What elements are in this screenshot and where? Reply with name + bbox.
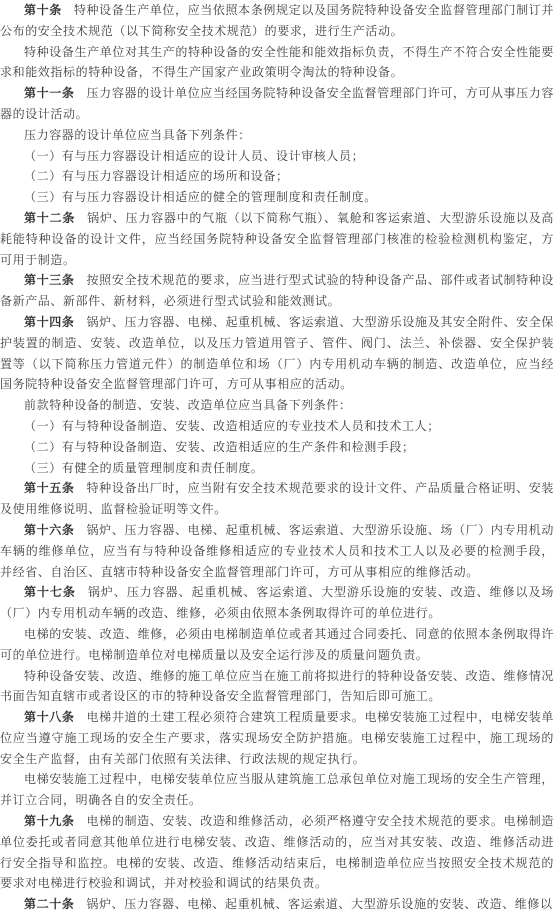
paragraph: 第十条特种设备生产单位，应当依照本条例规定以及国务院特种设备安全监督管理部门制订… — [0, 0, 554, 42]
paragraph: 特种设备生产单位对其生产的特种设备的安全性能和能效指标负责，不得生产不符合安全性… — [0, 42, 554, 84]
paragraph: 前款特种设备的制造、安装、改造单位应当具备下列条件： — [0, 395, 554, 416]
article-number-label: 第十八条 — [24, 710, 75, 724]
paragraph: 电梯安装施工过程中，电梯安装单位应当服从建筑施工总承包单位对施工现场的安全生产管… — [0, 769, 554, 811]
paragraph: （三）有健全的质量管理制度和责任制度。 — [0, 458, 554, 479]
paragraph: 电梯的安装、改造、维修，必须由电梯制造单位或者其通过合同委托、同意的依照本条例取… — [0, 624, 554, 666]
paragraph-text: 锅炉、压力容器、电梯、起重机械、客运索道、大型游乐设施及其安全附件、安全保护装置… — [0, 315, 554, 391]
regulation-document-page: 第十条特种设备生产单位，应当依照本条例规定以及国务院特种设备安全监督管理部门制订… — [0, 0, 554, 915]
article-number-label: 第十一条 — [24, 86, 75, 100]
article-number-label: 第十六条 — [24, 523, 75, 537]
article-number-label: 第十九条 — [24, 814, 75, 828]
paragraph-text: （三）有与压力容器设计相适应的健全的管理制度和责任制度。 — [24, 190, 377, 204]
paragraph-text: （二）有与压力容器设计相适应的场所和设备； — [24, 169, 289, 183]
paragraph-text: （二）有与特种设备制造、安装、改造相适应的生产条件和检测手段； — [24, 440, 415, 454]
paragraph: （二）有与特种设备制造、安装、改造相适应的生产条件和检测手段； — [0, 437, 554, 458]
paragraph: 第十三条按照安全技术规范的要求，应当进行型式试验的特种设备产品、部件或者试制特种… — [0, 270, 554, 312]
paragraph-text: （一）有与特种设备制造、安装、改造相适应的专业技术人员和技术工人； — [24, 419, 440, 433]
article-number-label: 第十二条 — [24, 211, 75, 225]
paragraph: 第十二条锅炉、压力容器中的气瓶（以下简称气瓶）、氧舱和客运索道、大型游乐设施以及… — [0, 208, 554, 270]
paragraph: 第十四条锅炉、压力容器、电梯、起重机械、客运索道、大型游乐设施及其安全附件、安全… — [0, 312, 554, 395]
paragraph-text: 特种设备出厂时，应当附有安全技术规范要求的设计文件、产品质量合格证明、安装及使用… — [0, 481, 554, 516]
article-number-label: 第十七条 — [24, 585, 76, 599]
paragraph-text: 锅炉、压力容器、起重机械、客运索道、大型游乐设施的安装、改造、维修以及场（厂）内… — [0, 585, 554, 620]
paragraph-list: 第十条特种设备生产单位，应当依照本条例规定以及国务院特种设备安全监督管理部门制订… — [0, 0, 554, 915]
paragraph-text: （三）有健全的质量管理制度和责任制度。 — [24, 461, 263, 475]
paragraph: 第十九条电梯的制造、安装、改造和维修活动，必须严格遵守安全技术规范的要求。电梯制… — [0, 811, 554, 894]
paragraph: （一）有与压力容器设计相适应的设计人员、设计审核人员； — [0, 146, 554, 167]
paragraph: （二）有与压力容器设计相适应的场所和设备； — [0, 166, 554, 187]
paragraph-text: （一）有与压力容器设计相适应的设计人员、设计审核人员； — [24, 149, 364, 163]
paragraph-text: 锅炉、压力容器、电梯、起重机械、客运索道、大型游乐设施、场（厂）内专用机动车辆的… — [0, 523, 554, 579]
paragraph-text: 电梯的制造、安装、改造和维修活动，必须严格遵守安全技术规范的要求。电梯制造单位委… — [0, 814, 554, 890]
paragraph-text: 电梯的安装、改造、维修，必须由电梯制造单位或者其通过合同委托、同意的依照本条例取… — [0, 627, 554, 662]
article-number-label: 第十条 — [24, 3, 62, 17]
paragraph: 第二十条锅炉、压力容器、电梯、起重机械、客运索道、大型游乐设施的安装、改造、维修… — [0, 894, 554, 915]
paragraph-text: 前款特种设备的制造、安装、改造单位应当具备下列条件： — [24, 398, 352, 412]
paragraph: 第十一条压力容器的设计单位应当经国务院特种设备安全监督管理部门许可，方可从事压力… — [0, 83, 554, 125]
paragraph-text: 特种设备生产单位对其生产的特种设备的安全性能和能效指标负责，不得生产不符合安全性… — [0, 45, 554, 80]
paragraph: 第十八条电梯井道的土建工程必须符合建筑工程质量要求。电梯安装施工过程中，电梯安装… — [0, 707, 554, 769]
paragraph: （三）有与压力容器设计相适应的健全的管理制度和责任制度。 — [0, 187, 554, 208]
article-number-label: 第二十条 — [24, 897, 74, 911]
paragraph-text: 压力容器的设计单位应当具备下列条件： — [24, 128, 251, 142]
paragraph-text: 电梯安装施工过程中，电梯安装单位应当服从建筑施工总承包单位对施工现场的安全生产管… — [0, 772, 554, 807]
paragraph-text: 锅炉、压力容器、电梯、起重机械、客运索道、大型游乐设施的安装、改造、维修以 — [86, 897, 552, 911]
paragraph-text: 按照安全技术规范的要求，应当进行型式试验的特种设备产品、部件或者试制特种设备新产… — [0, 273, 554, 308]
paragraph: 第十七条锅炉、压力容器、起重机械、客运索道、大型游乐设施的安装、改造、维修以及场… — [0, 582, 554, 624]
article-number-label: 第十三条 — [24, 273, 75, 287]
paragraph-text: 电梯井道的土建工程必须符合建筑工程质量要求。电梯安装施工过程中，电梯安装单位应当… — [0, 710, 554, 766]
article-number-label: 第十四条 — [24, 315, 75, 329]
paragraph-text: 特种设备安装、改造、维修的施工单位应当在施工前将拟进行的特种设备安装、改造、维修… — [0, 669, 554, 704]
paragraph-text: 特种设备生产单位，应当依照本条例规定以及国务院特种设备安全监督管理部门制订并公布… — [0, 3, 554, 38]
paragraph: 第十六条锅炉、压力容器、电梯、起重机械、客运索道、大型游乐设施、场（厂）内专用机… — [0, 520, 554, 582]
paragraph: 压力容器的设计单位应当具备下列条件： — [0, 125, 554, 146]
paragraph-text: 锅炉、压力容器中的气瓶（以下简称气瓶）、氧舱和客运索道、大型游乐设施以及高耗能特… — [0, 211, 554, 267]
article-number-label: 第十五条 — [24, 481, 75, 495]
paragraph: 第十五条特种设备出厂时，应当附有安全技术规范要求的设计文件、产品质量合格证明、安… — [0, 478, 554, 520]
paragraph: （一）有与特种设备制造、安装、改造相适应的专业技术人员和技术工人； — [0, 416, 554, 437]
paragraph: 特种设备安装、改造、维修的施工单位应当在施工前将拟进行的特种设备安装、改造、维修… — [0, 666, 554, 708]
paragraph-text: 压力容器的设计单位应当经国务院特种设备安全监督管理部门许可，方可从事压力容器的设… — [0, 86, 554, 121]
